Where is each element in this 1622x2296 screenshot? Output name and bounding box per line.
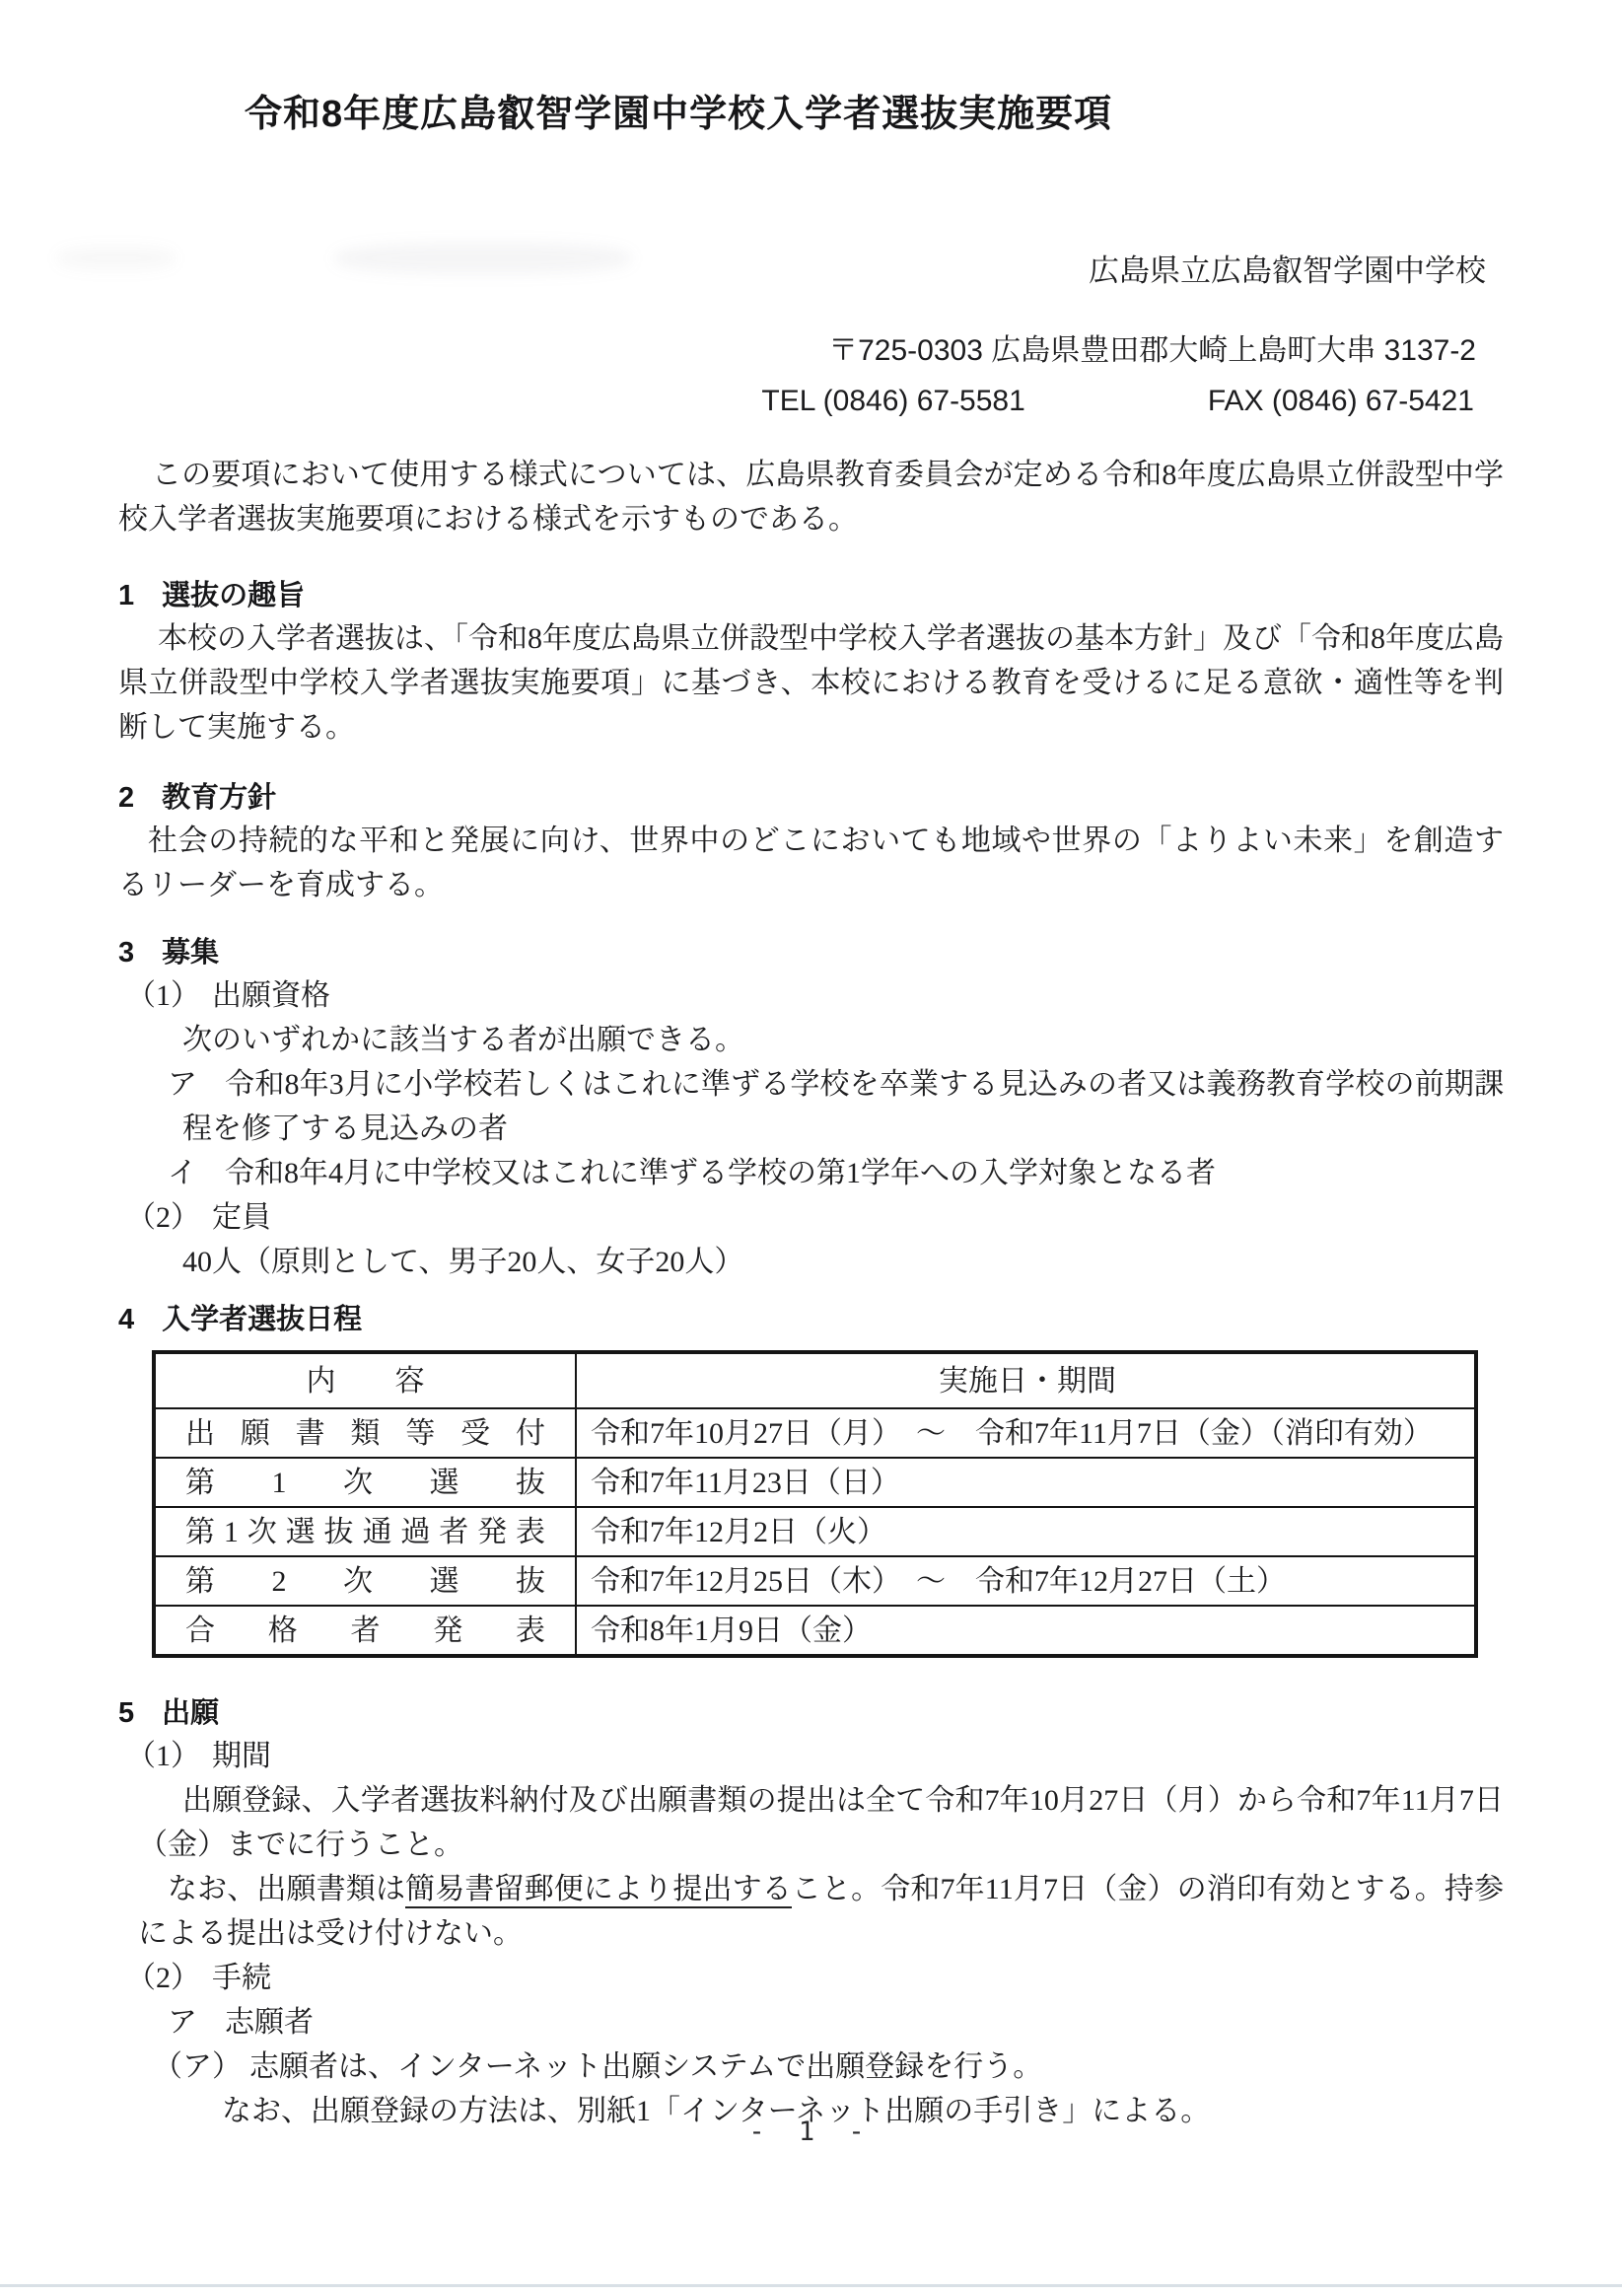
row-label: 合格者発表 xyxy=(154,1606,576,1656)
table-header-row: 内 容 実施日・期間 xyxy=(154,1352,1476,1408)
fax-number: FAX (0846) 67-5421 xyxy=(1208,385,1474,417)
item-1-label: （1） xyxy=(126,979,200,1012)
section-1-number: 1 xyxy=(118,580,134,611)
selection-schedule-table: 内 容 実施日・期間 出願書類等受付 令和7年10月27日（月） ～ 令和7年1… xyxy=(152,1350,1478,1658)
postal-address: 〒725-0303 広島県豊田郡大崎上島町大串 3137-2 xyxy=(118,328,1504,373)
application-period-text: 出願登録、入学者選抜料納付及び出願書類の提出は全て令和7年10月27日（月）から… xyxy=(138,1778,1504,1867)
eligibility-item-a: ア令和8年3月に小学校若しくはこれに準ずる学校を卒業する見込みの者又は義務教育学… xyxy=(182,1062,1504,1151)
tel-number: TEL (0846) 67-5581 xyxy=(761,385,1024,417)
item-i-label: イ xyxy=(168,1157,197,1189)
item-1-label: （1） xyxy=(126,1740,200,1772)
header-date: 実施日・期間 xyxy=(576,1352,1476,1408)
table-row: 合格者発表 令和8年1月9日（金） xyxy=(154,1606,1476,1656)
section-3-number: 3 xyxy=(118,937,134,969)
item-2-label: （2） xyxy=(126,1962,200,1994)
section-3-item-1: （1）出願資格 xyxy=(126,973,1504,1018)
mailing-note-underlined: 簡易書留郵便により提出する xyxy=(405,1873,792,1908)
section-2-number: 2 xyxy=(118,782,134,814)
scan-smudge xyxy=(335,243,631,274)
item-a-label: ア xyxy=(168,2006,197,2039)
section-5-title: 出願 xyxy=(162,1697,219,1729)
section-5-heading: 5出願 xyxy=(118,1692,1504,1734)
document-content: 令和8年度広島叡智学園中学校入学者選抜実施要項 広島県立広島叡智学園中学校 〒7… xyxy=(0,0,1622,2133)
item-2-title: 手続 xyxy=(212,1962,271,1994)
section-3-item-2: （2）定員 xyxy=(126,1195,1504,1240)
row-value: 令和7年10月27日（月） ～ 令和7年11月7日（金）（消印有効） xyxy=(576,1408,1476,1458)
item-i-text: 令和8年4月に中学校又はこれに準ずる学校の第1学年への入学対象となる者 xyxy=(225,1157,1216,1189)
row-label: 第2次選抜 xyxy=(154,1556,576,1606)
contact-line: TEL (0846) 67-5581FAX (0846) 67-5421 xyxy=(118,379,1504,423)
school-name: 広島県立広島叡智学園中学校 xyxy=(118,249,1504,293)
section-3-heading: 3募集 xyxy=(118,932,1504,973)
mailing-note-pre: なお、出願書類は xyxy=(168,1873,405,1905)
row-label: 第1次選抜通過者発表 xyxy=(154,1507,576,1556)
item-a-text: 令和8年3月に小学校若しくはこれに準ずる学校を卒業する見込みの者又は義務教育学校… xyxy=(182,1068,1504,1145)
section-2-heading: 2教育方針 xyxy=(118,777,1504,819)
section-2-title: 教育方針 xyxy=(162,782,276,814)
section-1-title: 選抜の趣旨 xyxy=(162,580,305,611)
section-3-title: 募集 xyxy=(162,937,219,969)
page-title: 令和8年度広島叡智学園中学校入学者選抜実施要項 xyxy=(245,91,1112,138)
section-5-item-2: （2）手続 xyxy=(126,1956,1504,2000)
intro-paragraph: この要項において使用する様式については、広島県教育委員会が定める令和8年度広島県… xyxy=(118,453,1504,541)
table-row: 第1次選抜通過者発表 令和7年12月2日（火） xyxy=(154,1507,1476,1556)
row-label: 第1次選抜 xyxy=(154,1458,576,1507)
section-4-number: 4 xyxy=(118,1304,134,1335)
scan-edge-line xyxy=(0,2284,1622,2287)
row-value: 令和8年1月9日（金） xyxy=(576,1606,1476,1656)
row-value: 令和7年12月2日（火） xyxy=(576,1507,1476,1556)
capacity-text: 40人（原則として、男子20人、女子20人） xyxy=(182,1240,1504,1284)
row-value: 令和7年11月23日（日） xyxy=(576,1458,1476,1507)
header-content: 内 容 xyxy=(154,1352,576,1408)
table-row: 第2次選抜 令和7年12月25日（木） ～ 令和7年12月27日（土） xyxy=(154,1556,1476,1606)
document-page: { "doc": { "title": "令和8年度広島叡智学園中学校入学者選抜… xyxy=(0,0,1622,2296)
item-1-title: 期間 xyxy=(212,1740,271,1772)
item-a-title: 志願者 xyxy=(225,2006,314,2039)
table-row: 第1次選抜 令和7年11月23日（日） xyxy=(154,1458,1476,1507)
item-aa-label: （ア） xyxy=(153,2050,242,2083)
section-1-body: 本校の入学者選抜は、「令和8年度広島県立併設型中学校入学者選抜の基本方針」及び「… xyxy=(118,616,1504,750)
page-number: - 1 - xyxy=(0,2117,1622,2147)
item-1-title: 出願資格 xyxy=(212,979,330,1012)
section-1-heading: 1選抜の趣旨 xyxy=(118,575,1504,616)
row-value: 令和7年12月25日（木） ～ 令和7年12月27日（土） xyxy=(576,1556,1476,1606)
table-row: 出願書類等受付 令和7年10月27日（月） ～ 令和7年11月7日（金）（消印有… xyxy=(154,1408,1476,1458)
item-a-label: ア xyxy=(168,1068,197,1101)
eligibility-item-i: イ令和8年4月に中学校又はこれに準ずる学校の第1学年への入学対象となる者 xyxy=(182,1151,1504,1195)
eligibility-intro: 次のいずれかに該当する者が出願できる。 xyxy=(182,1018,1504,1062)
row-label: 出願書類等受付 xyxy=(154,1408,576,1458)
section-5-number: 5 xyxy=(118,1697,134,1729)
item-2-title: 定員 xyxy=(212,1201,271,1234)
scan-smudge xyxy=(57,247,176,270)
mailing-note: なお、出願書類は簡易書留郵便により提出すること。令和7年11月7日（金）の消印有… xyxy=(138,1867,1504,1956)
section-2-body: 社会の持続的な平和と発展に向け、世界中のどこにおいても地域や世界の「よりよい未来… xyxy=(118,819,1504,907)
item-2-label: （2） xyxy=(126,1201,200,1234)
section-4-title: 入学者選抜日程 xyxy=(162,1304,362,1335)
procedure-item-a: ア志願者 xyxy=(182,2000,1504,2045)
item-aa-text: 志願者は、インターネット出願システムで出願登録を行う。 xyxy=(249,2050,1042,2083)
procedure-item-a-1: （ア）志願者は、インターネット出願システムで出願登録を行う。 xyxy=(153,2045,1504,2089)
section-5-item-1: （1）期間 xyxy=(126,1734,1504,1778)
section-4-heading: 4入学者選抜日程 xyxy=(118,1299,1504,1340)
